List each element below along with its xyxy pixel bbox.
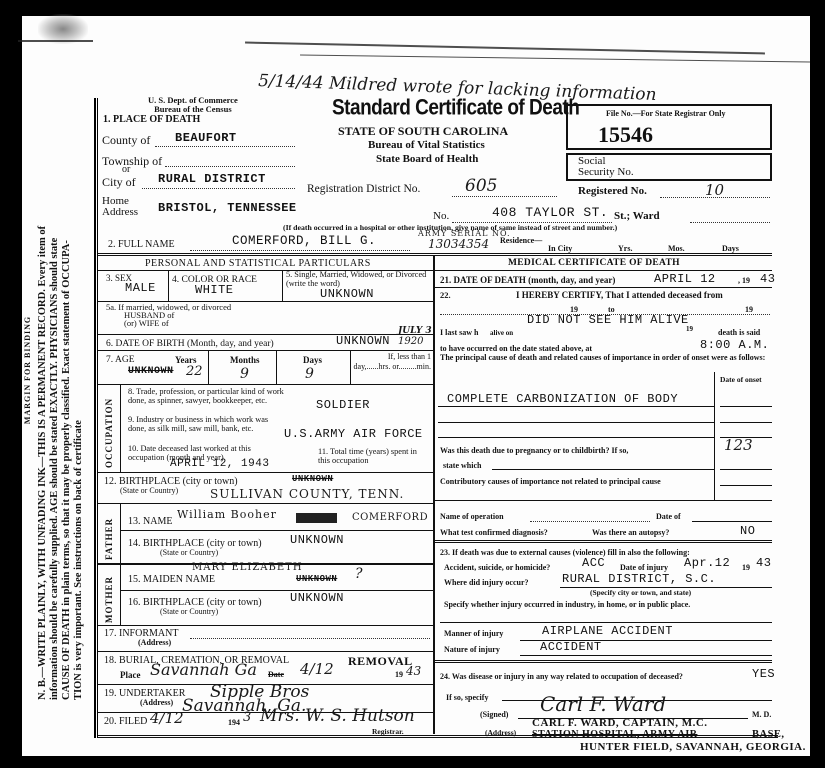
- ss-label: Social Security No.: [578, 156, 634, 178]
- row-line: [98, 350, 433, 351]
- county-label: County of: [102, 133, 150, 148]
- dod-year-prefix: , 19: [738, 276, 750, 285]
- operation-line: [530, 521, 650, 522]
- age-days: 9: [305, 366, 314, 382]
- manner-value: AIRPLANE ACCIDENT: [542, 624, 673, 638]
- signed-label: (Signed): [480, 710, 508, 719]
- state-which-label: state which: [443, 461, 481, 470]
- row-line: [435, 500, 772, 501]
- burial-date-label: Date: [268, 670, 284, 679]
- personal-heading: PERSONAL AND STATISTICAL PARTICULARS: [145, 258, 371, 269]
- registration-district-line: [452, 196, 557, 197]
- file-no-label: File No.—For State Registrar Only: [606, 109, 725, 118]
- where-sublabel: (Specify city or town, and state): [590, 588, 691, 597]
- physician-address-line1: CARL F. WARD, CAPTAIN, M.C.: [532, 717, 708, 729]
- margin-line: information should be carefully supplied…: [49, 40, 61, 700]
- pregnancy-line: [492, 469, 714, 470]
- birthplace-value: SULLIVAN COUNTY, TENN.: [210, 487, 404, 501]
- side-divider: [120, 384, 121, 472]
- cause-line: [438, 406, 714, 407]
- mos-label: Mos.: [668, 244, 685, 253]
- cell-divider: [168, 270, 169, 301]
- place-of-death-heading: 1. PLACE OF DEATH: [103, 114, 200, 125]
- less-than-day-label: If, less than 1 day,......hrs. or.......…: [353, 352, 431, 372]
- occupation-related-label: 24. Was disease or injury in any way rel…: [440, 672, 683, 681]
- where-value: RURAL DISTRICT, S.C.: [562, 572, 716, 586]
- father-name-label: 13. NAME: [128, 516, 172, 527]
- burial-date-value: 4/12: [300, 660, 334, 678]
- birthplace-sublabel: (State or Country): [120, 486, 178, 495]
- mother-maiden-question: ?: [355, 566, 363, 582]
- last-worked-value: APRIL 12, 1943: [170, 458, 269, 470]
- specify-line: [440, 622, 772, 623]
- row-line: [98, 384, 433, 385]
- burial-value: REMOVAL: [348, 654, 413, 669]
- contributory-label: Contributory causes of importance not re…: [440, 477, 661, 486]
- home-label-line: Address: [102, 207, 138, 218]
- residence-label: Residence—: [500, 236, 542, 245]
- test-label: What test confirmed diagnosis?: [440, 528, 548, 537]
- if-so-specify-label: If so, specify: [446, 693, 488, 702]
- injury-year-prefix: 19: [742, 563, 750, 572]
- nature-label: Nature of injury: [444, 645, 500, 654]
- injury-date-label: Date of injury: [620, 563, 668, 572]
- age-months: 9: [240, 366, 249, 382]
- autopsy-value: NO: [740, 524, 755, 538]
- industry-value: U.S.ARMY AIR FORCE: [284, 427, 423, 441]
- row-line: [435, 287, 772, 288]
- margin-line: TION is very important. See instructions…: [73, 40, 85, 700]
- file-number: 15546: [598, 122, 653, 148]
- cell-divider: [276, 350, 277, 384]
- township-label: Township of: [102, 154, 162, 169]
- date-of-label: Date of: [656, 512, 681, 521]
- side-divider: [120, 563, 121, 625]
- section-divider: [98, 253, 772, 256]
- md-label: M. D.: [752, 710, 771, 719]
- father-birthplace-value: UNKNOWN: [290, 533, 344, 547]
- ss-label-line: Security No.: [578, 167, 634, 178]
- certify-text: I HEREBY CERTIFY, That I attended deceas…: [516, 290, 723, 300]
- physician-address-struck: STATION HOSPITAL, ARMY AIR: [532, 729, 697, 740]
- row-line: [120, 530, 433, 531]
- spouse-label: 5a. If married, widowed, or divorced HUS…: [106, 303, 231, 327]
- onset-note: 123: [724, 436, 753, 454]
- mother-birthplace-value: UNKNOWN: [290, 591, 344, 605]
- physician-address-line3: HUNTER FIELD, SAVANNAH, GEORGIA.: [580, 741, 806, 753]
- age-label: 7. AGE: [106, 355, 135, 365]
- filed-year-prefix: 194: [228, 718, 240, 727]
- accident-type-label: Accident, suicide, or homicide?: [444, 563, 550, 572]
- autopsy-label: Was there an autopsy?: [592, 528, 669, 537]
- state-bureau: Bureau of Vital Statistics: [368, 139, 485, 151]
- occurred-label: to have occurred on the date stated abov…: [440, 344, 592, 353]
- section-divider: [435, 540, 772, 543]
- cause-line: [438, 437, 714, 438]
- time-of-death: 8:00 A.M.: [700, 338, 769, 352]
- burial-place-label: Place: [120, 670, 141, 680]
- file-number-box: File No.—For State Registrar Only 15546: [566, 104, 772, 150]
- mother-side-label: MOTHER: [104, 567, 114, 623]
- days-label: Days: [722, 244, 739, 253]
- state-name: STATE OF SOUTH CAROLINA: [338, 124, 508, 139]
- social-security-box: Social Security No.: [566, 153, 772, 181]
- or-label: or: [122, 164, 130, 175]
- alive-19: 19: [686, 325, 693, 333]
- marital-value: UNKNOWN: [320, 287, 374, 301]
- father-name-last: COMERFORD: [352, 512, 428, 523]
- county-line: [155, 146, 295, 147]
- nature-line: [520, 655, 772, 656]
- township-line: [165, 166, 295, 167]
- address-label: (Address): [485, 728, 516, 737]
- city-value: RURAL DISTRICT: [158, 172, 266, 186]
- last-saw-value: DID NOT SEE HIM ALIVE: [527, 313, 689, 327]
- ward-line: [690, 222, 770, 223]
- army-serial-value: 13034354: [428, 237, 489, 251]
- father-name-first: William Booher: [177, 508, 277, 521]
- spouse-label-line: (or) WIFE of: [106, 319, 231, 327]
- onset-column-divider: [714, 372, 715, 500]
- father-name-struck: UNKNOWN: [296, 513, 337, 523]
- row-line: [120, 590, 433, 591]
- age-struck: UNKNOWN: [128, 366, 174, 377]
- state-board: State Board of Health: [376, 153, 478, 165]
- manner-label: Manner of injury: [444, 629, 503, 638]
- father-side-label: FATHER: [104, 508, 114, 560]
- binding-margin-instructions: MARGIN FOR BINDING N. B.—WRITE PLAINLY, …: [22, 40, 92, 700]
- home-address-label: Home Address: [102, 196, 138, 218]
- filed-label: 20. FILED: [104, 716, 147, 727]
- margin-heading: MARGIN FOR BINDING: [22, 40, 34, 700]
- bureau-label: Bureau of the Census: [148, 105, 238, 114]
- principal-cause-label: The principal cause of death and related…: [440, 354, 774, 363]
- onset-line: [720, 469, 772, 470]
- filed-year: 3: [243, 710, 251, 725]
- dob-hand-year: 1920: [398, 336, 423, 347]
- external-cause-label: 23. If death was due to external causes …: [440, 548, 690, 557]
- row-line: [98, 625, 433, 626]
- margin-line: N. B.—WRITE PLAINLY, WITH UNFADING INK—T…: [37, 40, 49, 700]
- registration-district-value: 605: [465, 176, 497, 196]
- cell-divider: [282, 270, 283, 301]
- full-name-line: [190, 250, 410, 251]
- nature-value: ACCIDENT: [540, 640, 602, 654]
- occupation-related-value: YES: [752, 667, 775, 681]
- full-name-label: 2. FULL NAME: [108, 239, 175, 250]
- home-address-value: BRISTOL, TENNESSEE: [158, 201, 297, 215]
- cell-divider: [350, 350, 351, 384]
- row-line: [98, 472, 433, 473]
- informant-line: [190, 638, 430, 639]
- dod-label: 21. DATE OF DEATH (month, day, and year): [440, 275, 615, 285]
- full-name-value: COMERFORD, BILL G.: [232, 234, 376, 248]
- date-of-line: [692, 521, 772, 522]
- alive-on-label: alive on: [490, 329, 513, 337]
- city-line: [142, 188, 295, 189]
- days-label: Days: [303, 355, 322, 365]
- to-19: 19: [745, 305, 753, 314]
- marital-label: 5. Single, Married, Widowed, or Divorced…: [286, 271, 433, 288]
- burial-year-value: 43: [406, 664, 421, 678]
- father-birthplace-sublabel: (State or Country): [160, 548, 218, 557]
- injury-year-value: 43: [756, 556, 771, 570]
- dod-value: APRIL 12: [654, 272, 716, 286]
- margin-line: CAUSE OF DEATH in plain terms, so that i…: [61, 40, 73, 700]
- birthplace-struck: UNKNOWN: [292, 474, 333, 484]
- industry-label: 9. Industry or business in which work wa…: [128, 416, 288, 433]
- months-label: Months: [230, 355, 260, 365]
- specify-place-label: Specify whether injury occurred in indus…: [444, 600, 690, 609]
- age-years: 22: [186, 364, 203, 379]
- medical-heading: MEDICAL CERTIFICATE OF DEATH: [508, 258, 680, 268]
- registrar-signature: Mrs. W. S. Hutson: [260, 706, 415, 726]
- street-value: 408 TAYLOR ST.: [492, 205, 608, 220]
- informant-sublabel: (Address): [138, 638, 171, 647]
- dob-hand-month: JULY 3: [398, 326, 432, 336]
- street-no-label: No.: [433, 210, 449, 222]
- onset-line: [720, 406, 772, 407]
- cause-line: [438, 422, 714, 423]
- trade-label: 8. Trade, profession, or particular kind…: [128, 388, 288, 405]
- dob-label: 6. DATE OF BIRTH (Month, day, and year): [106, 339, 274, 349]
- in-city-label: In City: [548, 244, 572, 253]
- onset-line: [720, 485, 772, 486]
- dob-typed: UNKNOWN: [336, 334, 390, 348]
- dod-year: 43: [760, 272, 775, 286]
- pregnancy-label: Was this death due to pregnancy or to ch…: [440, 446, 628, 455]
- date-onset-label: Date of onset: [720, 375, 762, 384]
- county-value: BEAUFORT: [175, 131, 237, 145]
- registration-district-label: Registration District No.: [307, 183, 420, 195]
- section-divider: [435, 660, 772, 663]
- yrs-label: Yrs.: [618, 244, 632, 253]
- cause-of-death: COMPLETE CARBONIZATION OF BODY: [447, 392, 678, 406]
- last-saw-label: I last saw h: [440, 328, 478, 337]
- physician-signature: Carl F. Ward: [540, 692, 666, 716]
- certify-number: 22.: [440, 290, 451, 300]
- mother-maiden-struck: UNKNOWN: [296, 574, 337, 584]
- where-label: Where did injury occur?: [444, 578, 529, 587]
- race-value: WHITE: [195, 283, 234, 297]
- injury-date-value: Apr.12: [684, 556, 730, 570]
- row-line: [435, 270, 772, 271]
- issuing-department: U. S. Dept. of Commerce Bureau of the Ce…: [148, 96, 238, 114]
- undertaker-sublabel: (Address): [140, 698, 173, 707]
- cell-divider: [208, 350, 209, 384]
- onset-line: [720, 422, 772, 423]
- registered-no-label: Registered No.: [578, 185, 647, 197]
- occupation-side-label: OCCUPATION: [104, 388, 114, 468]
- operation-label: Name of operation: [440, 512, 504, 521]
- death-said-label: death is said: [718, 328, 760, 337]
- burial-place-value: Savannah Ga: [150, 660, 257, 679]
- mother-maiden-label: 15. MAIDEN NAME: [128, 574, 215, 585]
- mother-birthplace-sublabel: (State or Country): [160, 607, 218, 616]
- row-line: [98, 503, 433, 504]
- sex-value: MALE: [125, 281, 156, 295]
- trade-value: SOLDIER: [316, 398, 370, 412]
- st-ward-label: St.; Ward: [614, 210, 660, 222]
- filed-date: 4/12: [150, 709, 184, 727]
- left-border-rule: [94, 98, 98, 738]
- registered-no-value: 10: [705, 181, 724, 199]
- city-label: City of: [102, 175, 136, 190]
- accident-type-value: ACC: [582, 556, 605, 570]
- side-divider: [120, 503, 121, 563]
- total-time-label: 11. Total time (years) spent in this occ…: [318, 448, 428, 465]
- mother-maiden-hand: MARY ELIZABETH: [192, 562, 303, 573]
- physician-address-line2-end: BASE,: [752, 729, 785, 740]
- burial-year-prefix: 19: [395, 670, 403, 679]
- row-line: [98, 651, 433, 652]
- certificate-title: Standard Certificate of Death: [332, 96, 579, 121]
